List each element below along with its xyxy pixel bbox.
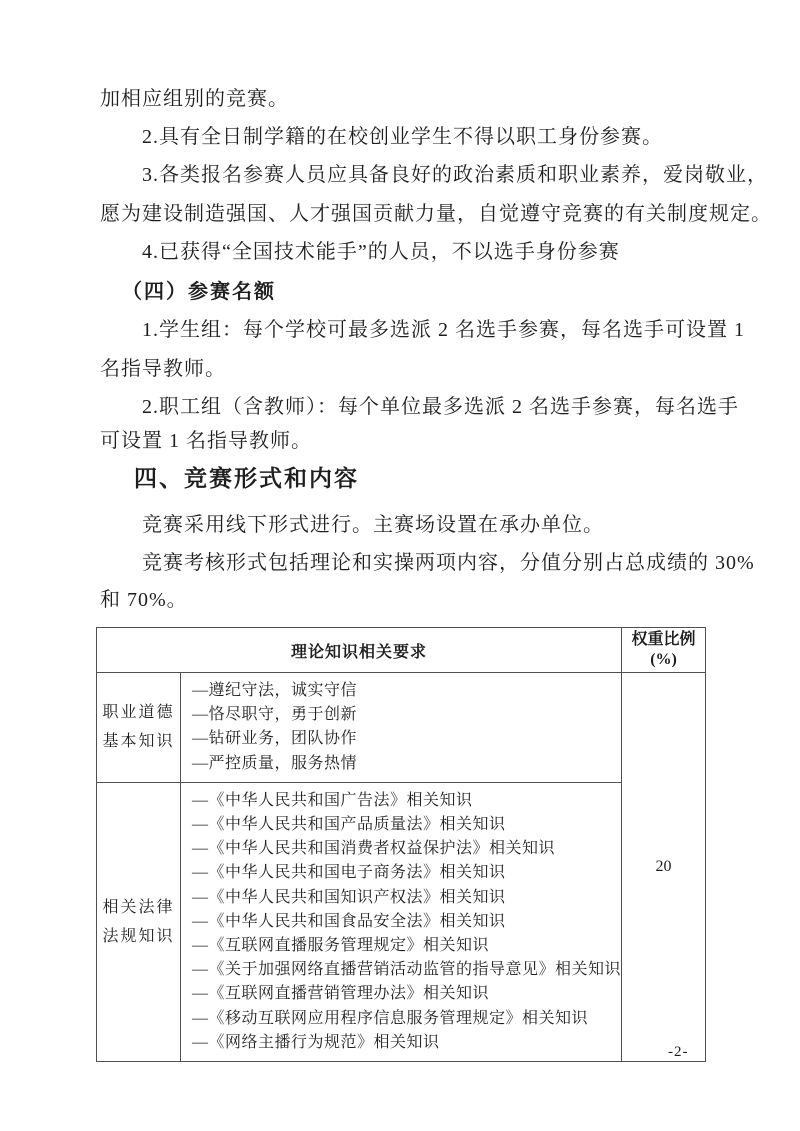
- list-item-3-line2: 愿为建设制造强国、人才强国贡献力量，自觉遵守竞赛的有关制度规定。: [100, 203, 772, 225]
- list-item-4: 4.已获得“全国技术能手”的人员，不以选手身份参赛: [142, 241, 620, 263]
- chapter-para-2-line2: 和 70%。: [100, 589, 188, 611]
- quota-item-1-line2: 名指导教师。: [100, 358, 226, 380]
- table-header-row: 理论知识相关要求 权重比例 (%): [97, 628, 706, 673]
- category-cell-ethics: 职业道德 基本知识: [97, 673, 181, 783]
- category-laws-line2: 法规知识: [97, 922, 180, 951]
- document-page: 加相应组别的竞赛。 2.具有全日制学籍的在校创业学生不得以职工身份参赛。 3.各…: [0, 0, 800, 1131]
- table-row-ethics: 职业道德 基本知识 —遵纪守法，诚实守信 —恪尽职守，勇于创新 —钻研业务，团队…: [97, 673, 706, 783]
- category-ethics-line1: 职业道德: [97, 698, 180, 727]
- ethics-item: —遵纪守法，诚实守信: [192, 679, 613, 703]
- header-cell-theory: 理论知识相关要求: [97, 628, 622, 673]
- law-item: —《关于加强网络直播营销活动监管的指导意见》相关知识: [192, 958, 613, 982]
- law-item: —《中华人民共和国消费者权益保护法》相关知识: [192, 837, 613, 861]
- category-ethics-line2: 基本知识: [97, 727, 180, 756]
- weight-header-line2: (%): [622, 650, 705, 670]
- law-item: —《中华人民共和国产品质量法》相关知识: [192, 813, 613, 837]
- law-item: —《互联网直播服务管理规定》相关知识: [192, 934, 613, 958]
- section-heading-quota: （四）参赛名额: [122, 281, 276, 303]
- quota-item-2-line2: 可设置 1 名指导教师。: [100, 430, 312, 452]
- table-row-laws: 相关法律 法规知识 —《中华人民共和国广告法》相关知识 —《中华人民共和国产品质…: [97, 782, 706, 1061]
- list-item-3-line1: 3.各类报名参赛人员应具备良好的政治素质和职业素养，爱岗敬业，: [142, 164, 768, 186]
- quota-item-2-line1: 2.职工组（含教师）：每个单位最多选派 2 名选手参赛，每名选手: [142, 396, 739, 418]
- ethics-item: —恪尽职守，勇于创新: [192, 703, 613, 727]
- law-item: —《网络主播行为规范》相关知识: [192, 1031, 613, 1055]
- law-item: —《中华人民共和国知识产权法》相关知识: [192, 886, 613, 910]
- chapter-para-2-line1: 竞赛考核形式包括理论和实操两项内容，分值分别占总成绩的 30%: [142, 552, 755, 574]
- para-line-continuation: 加相应组别的竞赛。: [100, 88, 289, 110]
- weight-header-line1: 权重比例: [622, 630, 705, 650]
- items-cell-ethics: —遵纪守法，诚实守信 —恪尽职守，勇于创新 —钻研业务，团队协作 —严控质量，服…: [181, 673, 622, 783]
- law-item: —《中华人民共和国广告法》相关知识: [192, 789, 613, 813]
- page-number: -2-: [668, 1044, 689, 1061]
- law-item: —《互联网直播营销管理办法》相关知识: [192, 982, 613, 1006]
- category-laws-line1: 相关法律: [97, 893, 180, 922]
- law-item: —《移动互联网应用程序信息服务管理规定》相关知识: [192, 1007, 613, 1031]
- ethics-item: —严控质量，服务热情: [192, 752, 613, 776]
- law-item: —《中华人民共和国食品安全法》相关知识: [192, 910, 613, 934]
- header-cell-weight: 权重比例 (%): [622, 628, 706, 673]
- ethics-item: —钻研业务，团队协作: [192, 727, 613, 751]
- list-item-2: 2.具有全日制学籍的在校创业学生不得以职工身份参赛。: [142, 126, 663, 148]
- weight-value-cell: 20: [622, 673, 706, 1062]
- category-cell-laws: 相关法律 法规知识: [97, 782, 181, 1061]
- law-item: —《中华人民共和国电子商务法》相关知识: [192, 861, 613, 885]
- chapter-para-1: 竞赛采用线下形式进行。主赛场设置在承办单位。: [142, 514, 604, 536]
- items-cell-laws: —《中华人民共和国广告法》相关知识 —《中华人民共和国产品质量法》相关知识 —《…: [181, 782, 622, 1061]
- theory-requirements-table: 理论知识相关要求 权重比例 (%) 职业道德 基本知识 —遵纪守法，诚实守信 —…: [96, 627, 706, 1062]
- quota-item-1-line1: 1.学生组：每个学校可最多选派 2 名选手参赛，每名选手可设置 1: [142, 319, 745, 341]
- chapter-heading-format: 四、竞赛形式和内容: [134, 468, 359, 490]
